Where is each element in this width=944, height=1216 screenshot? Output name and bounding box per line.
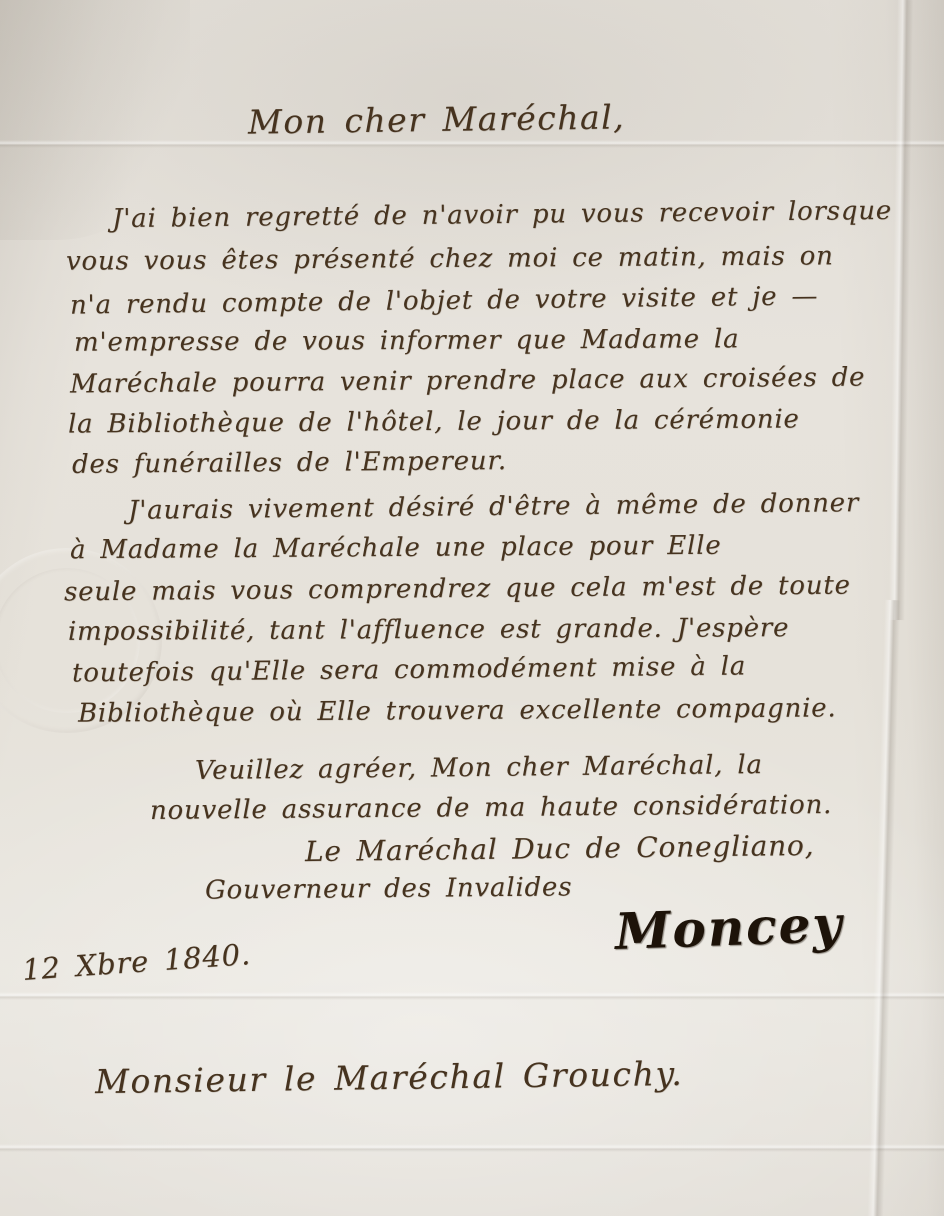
- body-line: à Madame la Maréchale une place pour Ell…: [70, 531, 722, 566]
- closing-line: Le Maréchal Duc de Conegliano,: [305, 829, 815, 868]
- closing-line: nouvelle assurance de ma haute considéra…: [150, 790, 832, 826]
- body-line: des funérailles de l'Empereur.: [72, 446, 507, 480]
- body-line: Bibliothèque où Elle trouvera excellente…: [78, 693, 837, 728]
- horizontal-fold-middle: [0, 992, 944, 1000]
- addressee-line: Monsieur le Maréchal Grouchy.: [95, 1054, 684, 1101]
- signature-moncey: Moncey: [614, 894, 844, 961]
- date-line: 12 Xbre 1840.: [21, 937, 252, 987]
- body-line: J'aurais vivement désiré d'être à même d…: [128, 488, 859, 526]
- body-line: la Bibliothèque de l'hôtel, le jour de l…: [68, 404, 800, 439]
- body-line: toutefois qu'Elle sera commodément mise …: [72, 651, 746, 688]
- salutation: Mon cher Maréchal,: [248, 97, 626, 141]
- body-line: impossibilité, tant l'affluence est gran…: [68, 613, 789, 647]
- body-line: J'ai bien regretté de n'avoir pu vous re…: [112, 196, 892, 234]
- horizontal-fold-bottom: [0, 1144, 944, 1152]
- vertical-crease-upper: [889, 0, 914, 620]
- letter-paper: Mon cher Maréchal, J'ai bien regretté de…: [0, 0, 944, 1216]
- vertical-crease-lower: [867, 600, 900, 1216]
- closing-line: Gouverneur des Invalides: [205, 872, 573, 905]
- body-line: Maréchale pourra venir prendre place aux…: [70, 363, 866, 400]
- body-line: n'a rendu compte de l'objet de votre vis…: [70, 281, 819, 320]
- body-line: m'empresse de vous informer que Madame l…: [74, 324, 740, 357]
- body-line: vous vous êtes présenté chez moi ce mati…: [66, 241, 834, 276]
- closing-line: Veuillez agréer, Mon cher Maréchal, la: [195, 750, 763, 786]
- body-line: seule mais vous comprendrez que cela m'e…: [64, 571, 851, 608]
- horizontal-fold-top: [0, 140, 944, 148]
